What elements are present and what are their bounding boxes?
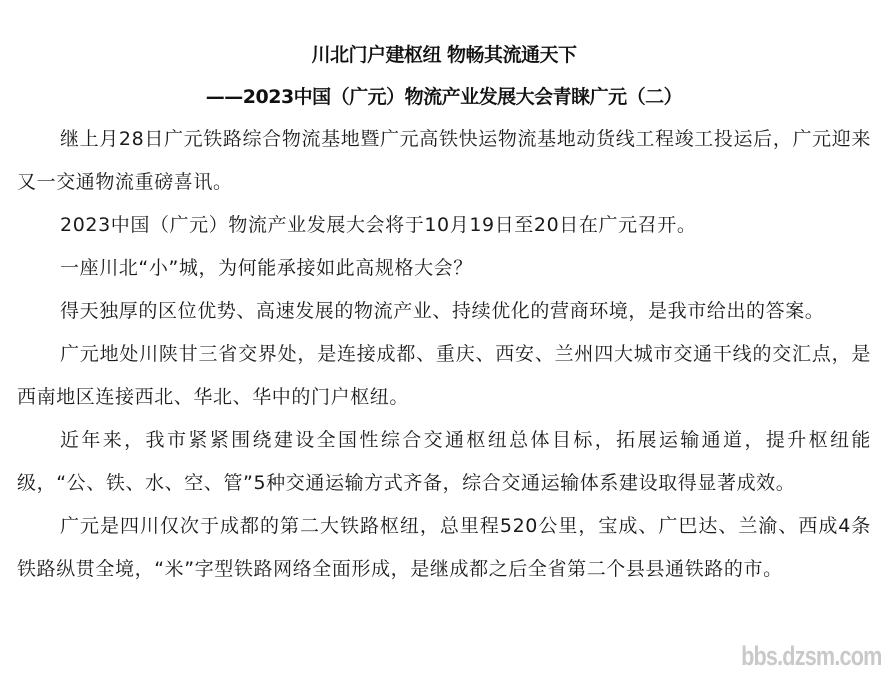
paragraph: 得天独厚的区位优势、高速发展的物流产业、持续优化的营商环境，是我市给出的答案。 <box>17 290 871 333</box>
paragraph: 2023中国（广元）物流产业发展大会将于10月19日至20日在广元召开。 <box>17 204 871 247</box>
paragraph: 广元地处川陕甘三省交界处，是连接成都、重庆、西安、兰州四大城市交通干线的交汇点，… <box>17 333 871 419</box>
paragraph: 近年来，我市紧紧围绕建设全国性综合交通枢纽总体目标，拓展运输通道，提升枢纽能级，… <box>17 419 871 505</box>
paragraph: 一座川北“小”城，为何能承接如此高规格大会？ <box>17 247 871 290</box>
watermark: bbs.dzsm.com <box>742 641 882 672</box>
article-subtitle: ——2023中国（广元）物流产业发展大会青睐广元（二） <box>17 76 871 118</box>
article: 川北门户建枢纽 物畅其流通天下 ——2023中国（广元）物流产业发展大会青睐广元… <box>17 34 871 591</box>
paragraph: 广元是四川仅次于成都的第二大铁路枢纽，总里程520公里，宝成、广巴达、兰渝、西成… <box>17 505 871 591</box>
article-title: 川北门户建枢纽 物畅其流通天下 <box>17 34 871 76</box>
paragraph: 继上月28日广元铁路综合物流基地暨广元高铁快运物流基地动货线工程竣工投运后，广元… <box>17 118 871 204</box>
